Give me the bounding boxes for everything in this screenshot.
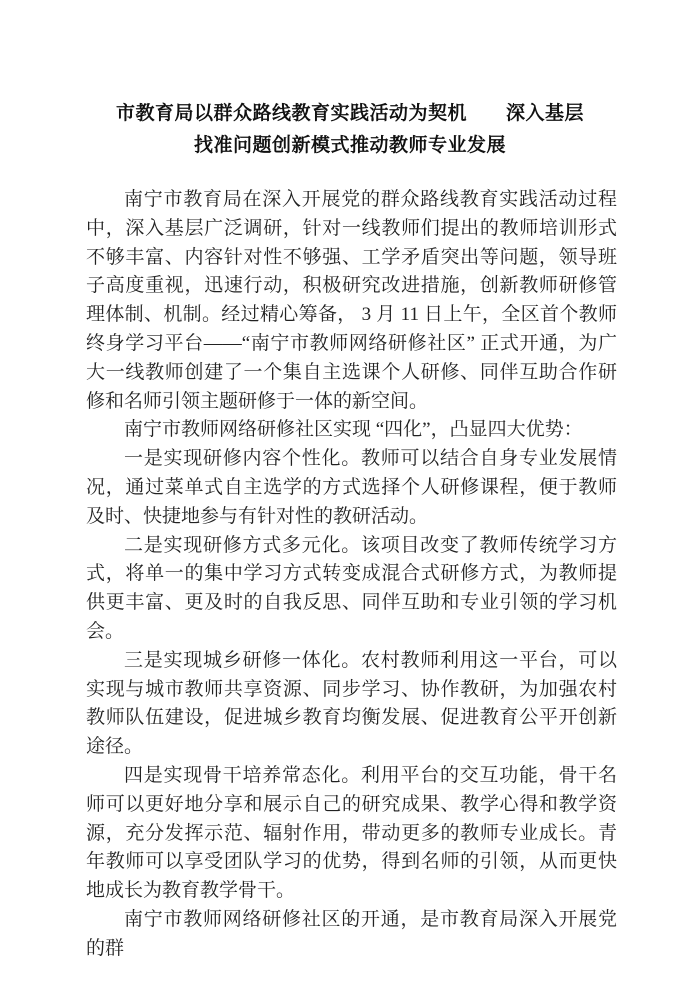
paragraph: 南宁市教育局在深入开展党的群众路线教育实践活动过程中，深入基层广泛调研，针对一线… xyxy=(86,186,617,416)
document-body: 南宁市教育局在深入开展党的群众路线教育实践活动过程中，深入基层广泛调研，针对一线… xyxy=(86,186,617,964)
paragraph: 二是实现研修方式多元化。该项目改变了教师传统学习方式，将单一的集中学习方式转变成… xyxy=(86,532,617,647)
document-page: 市教育局以群众路线教育实践活动为契机 深入基层 找准问题创新模式推动教师专业发展… xyxy=(0,0,700,990)
page-number: 2 xyxy=(0,913,700,929)
paragraph: 南宁市教师网络研修社区实现 “四化”，凸显四大优势： xyxy=(86,416,617,445)
paragraph: 三是实现城乡研修一体化。农村教师利用这一平台，可以实现与城市教师共享资源、同步学… xyxy=(86,647,617,762)
paragraph: 一是实现研修内容个性化。教师可以结合自身专业发展情况，通过菜单式自主选学的方式选… xyxy=(86,445,617,531)
document-title: 市教育局以群众路线教育实践活动为契机 深入基层 找准问题创新模式推动教师专业发展 xyxy=(0,98,700,162)
document-title-line1: 市教育局以群众路线教育实践活动为契机 深入基层 xyxy=(0,98,700,130)
document-title-line2: 找准问题创新模式推动教师专业发展 xyxy=(0,130,700,162)
paragraph: 四是实现骨干培养常态化。利用平台的交互功能，骨干名师可以更好地分享和展示自己的研… xyxy=(86,762,617,906)
